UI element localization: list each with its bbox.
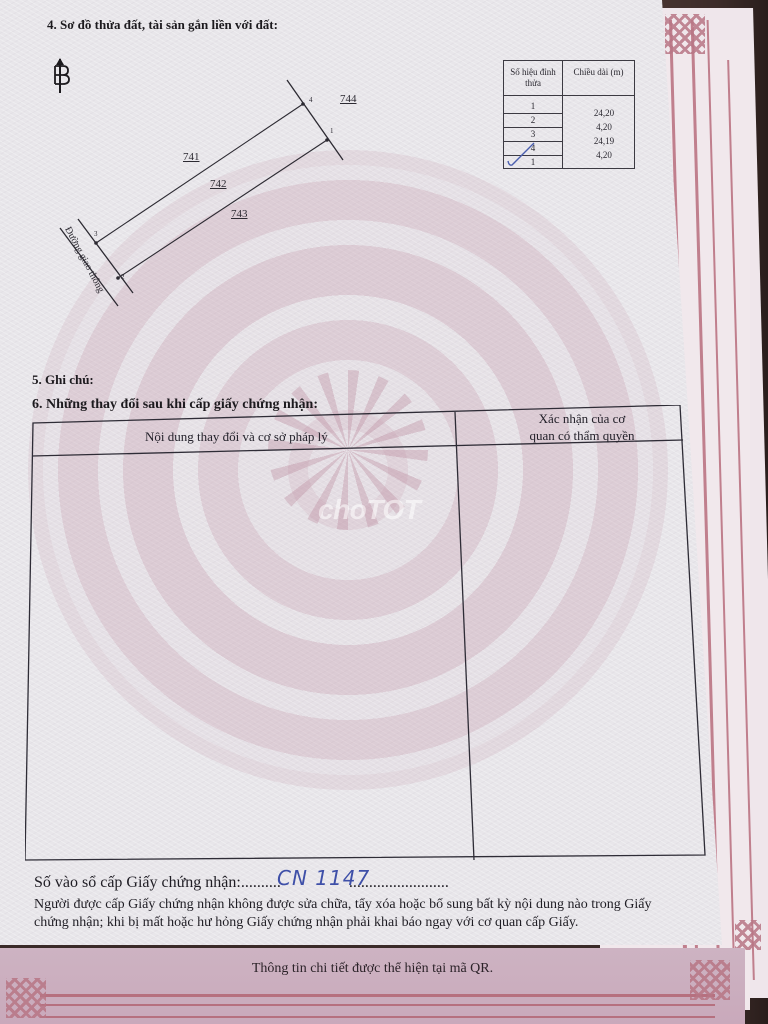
vertex-label-2: 2 (121, 273, 125, 281)
length-cell: 4,20 (574, 149, 634, 162)
parcel-label-741: 741 (183, 151, 200, 163)
changes-table: Nội dung thay đổi và cơ sở pháp lý Xác n… (25, 405, 707, 863)
checkmark-icon (506, 141, 536, 167)
certificate-page: 4. Sơ đồ thửa đất, tài sản gắn liền với … (0, 0, 722, 945)
vertex-label-3: 3 (94, 230, 98, 238)
section-4-heading: 4. Sơ đồ thửa đất, tài sản gắn liền với … (47, 17, 278, 33)
length-cell: 24,19 (574, 135, 634, 148)
length-cell: 24,20 (574, 107, 634, 120)
column-header-confirmation: Xác nhận của cơ quan có thẩm quyền (477, 410, 687, 444)
vertex-cell: 1 (504, 99, 562, 114)
corner-ornament (6, 978, 46, 1018)
header-length: Chiều dài (m) (563, 67, 634, 78)
underlying-page-bottom (0, 948, 745, 1024)
vertex-cell: 2 (504, 113, 562, 128)
parcel-label-743: 743 (231, 208, 248, 220)
column-header-content: Nội dung thay đổi và cơ sở pháp lý (145, 429, 328, 445)
corner-ornament (665, 14, 705, 54)
confirmation-cell (465, 445, 695, 855)
registration-label: Số vào sổ cấp Giấy chứng nhận: (34, 874, 241, 891)
vertex-label-1: 1 (330, 127, 334, 135)
corner-ornament (735, 920, 761, 950)
section-5-heading: 5. Ghi chú: (32, 372, 94, 388)
parcel-label-742: 742 (210, 178, 227, 190)
chotot-watermark: choTOT (318, 494, 420, 526)
length-cell: 4,20 (574, 121, 634, 134)
vertex-cell: 3 (504, 127, 562, 142)
header-line: quan có thẩm quyền (477, 427, 687, 444)
header-vertex: Số hiệu đỉnh thửa (504, 67, 562, 89)
warning-text: Người được cấp Giấy chứng nhận không đượ… (34, 896, 684, 932)
header-line: Xác nhận của cơ (477, 410, 687, 427)
dots: .......... (241, 874, 281, 891)
registration-number-line: Số vào sổ cấp Giấy chứng nhận:..........… (34, 874, 449, 892)
vertex-label-4: 4 (309, 96, 313, 104)
vertex-length-table: Số hiệu đỉnh thửa Chiều dài (m) 1 2 3 4 … (503, 60, 635, 169)
parcel-label-744: 744 (340, 93, 357, 105)
registration-number-value: CN 1147 (277, 866, 370, 890)
parcel-diagram (0, 60, 420, 330)
qr-note: Thông tin chi tiết được thể hiện tại mã … (0, 961, 745, 977)
